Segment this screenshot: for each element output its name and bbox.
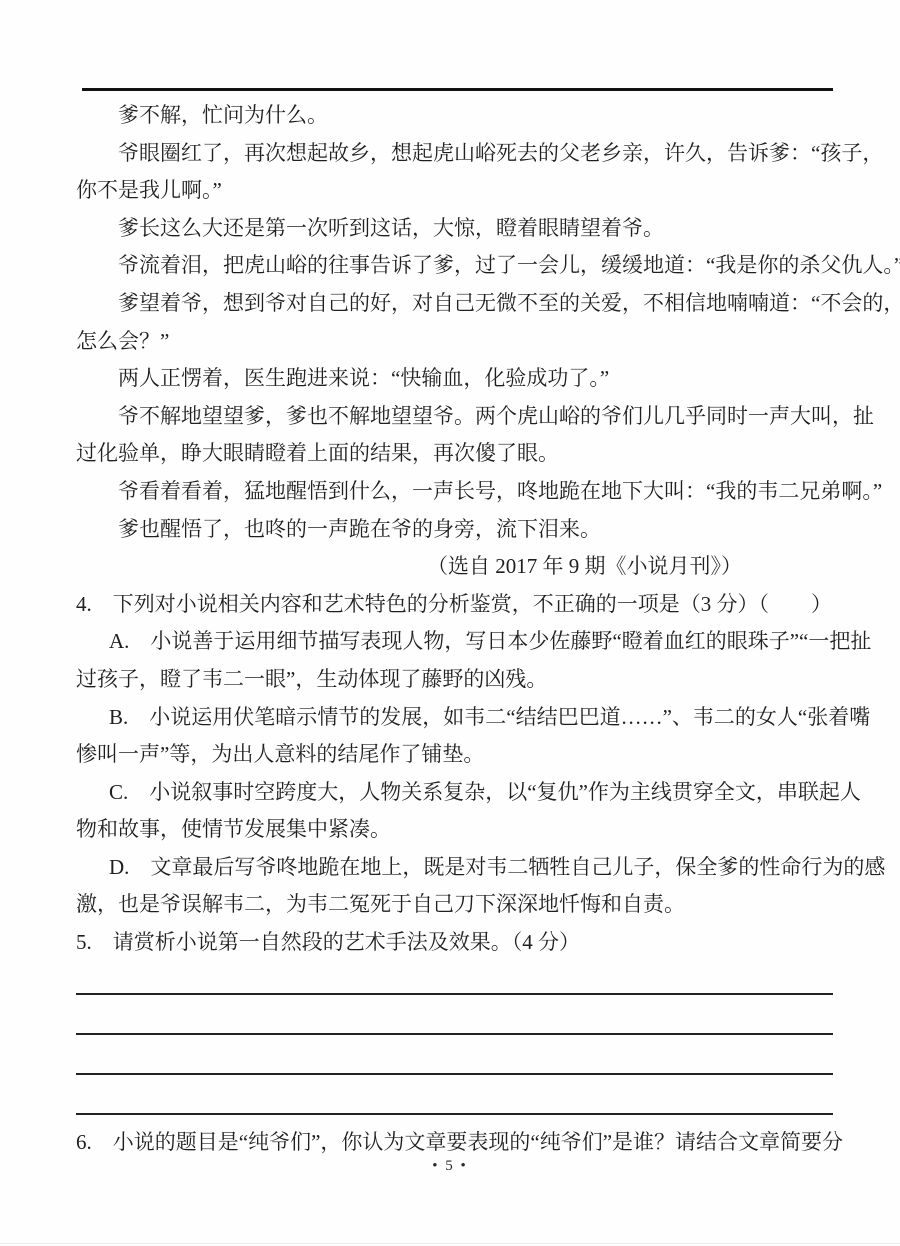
- text-line: 两人正愣着，医生跑进来说：“快输血，化验成功了。”: [76, 360, 834, 398]
- text-line: 惨叫一声”等，为出人意料的结尾作了铺垫。: [76, 736, 834, 774]
- text-line: 爷流着泪，把虎山峪的往事告诉了爹，过了一会儿，缓缓地道：“我是你的杀父仇人。”: [76, 247, 834, 285]
- answer-blank-lines: [76, 955, 833, 1115]
- text-line: D. 文章最后写爷咚地跪在地上，既是对韦二牺牲自己儿子，保全爹的性命行为的感: [76, 849, 834, 887]
- answer-line: [76, 1075, 833, 1115]
- answer-line: [76, 955, 833, 995]
- text-line: 怎么会？”: [76, 323, 834, 361]
- text-line: 你不是我儿啊。”: [76, 172, 834, 210]
- text-line: 激，也是爷误解韦二，为韦二冤死于自己刀下深深地忏悔和自责。: [76, 886, 834, 924]
- text-line: 爷看着看着，猛地醒悟到什么，一声长号，咚地跪在地下大叫：“我的韦二兄弟啊。”: [76, 473, 834, 511]
- text-line: B. 小说运用伏笔暗示情节的发展，如韦二“结结巴巴道……”、韦二的女人“张着嘴: [76, 699, 834, 737]
- text-line: 爹也醒悟了，也咚的一声跪在爷的身旁，流下泪来。: [76, 511, 834, 549]
- text-line: 爹长这么大还是第一次听到这话，大惊，瞪着眼睛望着爷。: [76, 210, 834, 248]
- text-line: C. 小说叙事时空跨度大，人物关系复杂，以“复仇”作为主线贯穿全文，串联起人: [76, 774, 834, 812]
- text-line: 4. 下列对小说相关内容和艺术特色的分析鉴赏，不正确的一项是（3 分）（ ）: [76, 586, 834, 624]
- text-line: （选自 2017 年 9 期《小说月刊》）: [76, 548, 834, 586]
- text-line: 过化验单，睁大眼睛瞪着上面的结果，再次傻了眼。: [76, 435, 834, 473]
- text-line: 过孩子，瞪了韦二一眼”，生动体现了藤野的凶残。: [76, 661, 834, 699]
- section-divider-rule: [82, 88, 833, 91]
- text-line: 爷眼圈红了，再次想起故乡，想起虎山峪死去的父老乡亲，许久，告诉爹：“孩子，: [76, 135, 834, 173]
- passage-and-questions: 爹不解，忙问为什么。爷眼圈红了，再次想起故乡，想起虎山峪死去的父老乡亲，许久，告…: [76, 97, 834, 962]
- text-line: 物和故事，使情节发展集中紧凑。: [76, 811, 834, 849]
- text-line: 爹不解，忙问为什么。: [76, 97, 834, 135]
- page-number: • 5 •: [0, 1158, 900, 1175]
- exam-page: 爹不解，忙问为什么。爷眼圈红了，再次想起故乡，想起虎山峪死去的父老乡亲，许久，告…: [0, 0, 900, 1246]
- text-line: 爷不解地望望爹，爹也不解地望望爷。两个虎山峪的爷们儿几乎同时一声大叫，扯: [76, 398, 834, 436]
- question-6-line: 6. 小说的题目是“纯爷们”，你认为文章要表现的“纯爷们”是谁？请结合文章简要分: [76, 1124, 834, 1162]
- answer-line: [76, 1035, 833, 1075]
- scan-edge-artifact: [0, 1243, 900, 1244]
- text-line: A. 小说善于运用细节描写表现人物，写日本少佐藤野“瞪着血红的眼珠子”“一把扯: [76, 623, 834, 661]
- answer-line: [76, 995, 833, 1035]
- text-line: 爹望着爷，想到爷对自己的好，对自己无微不至的关爱，不相信地喃喃道：“不会的，: [76, 285, 834, 323]
